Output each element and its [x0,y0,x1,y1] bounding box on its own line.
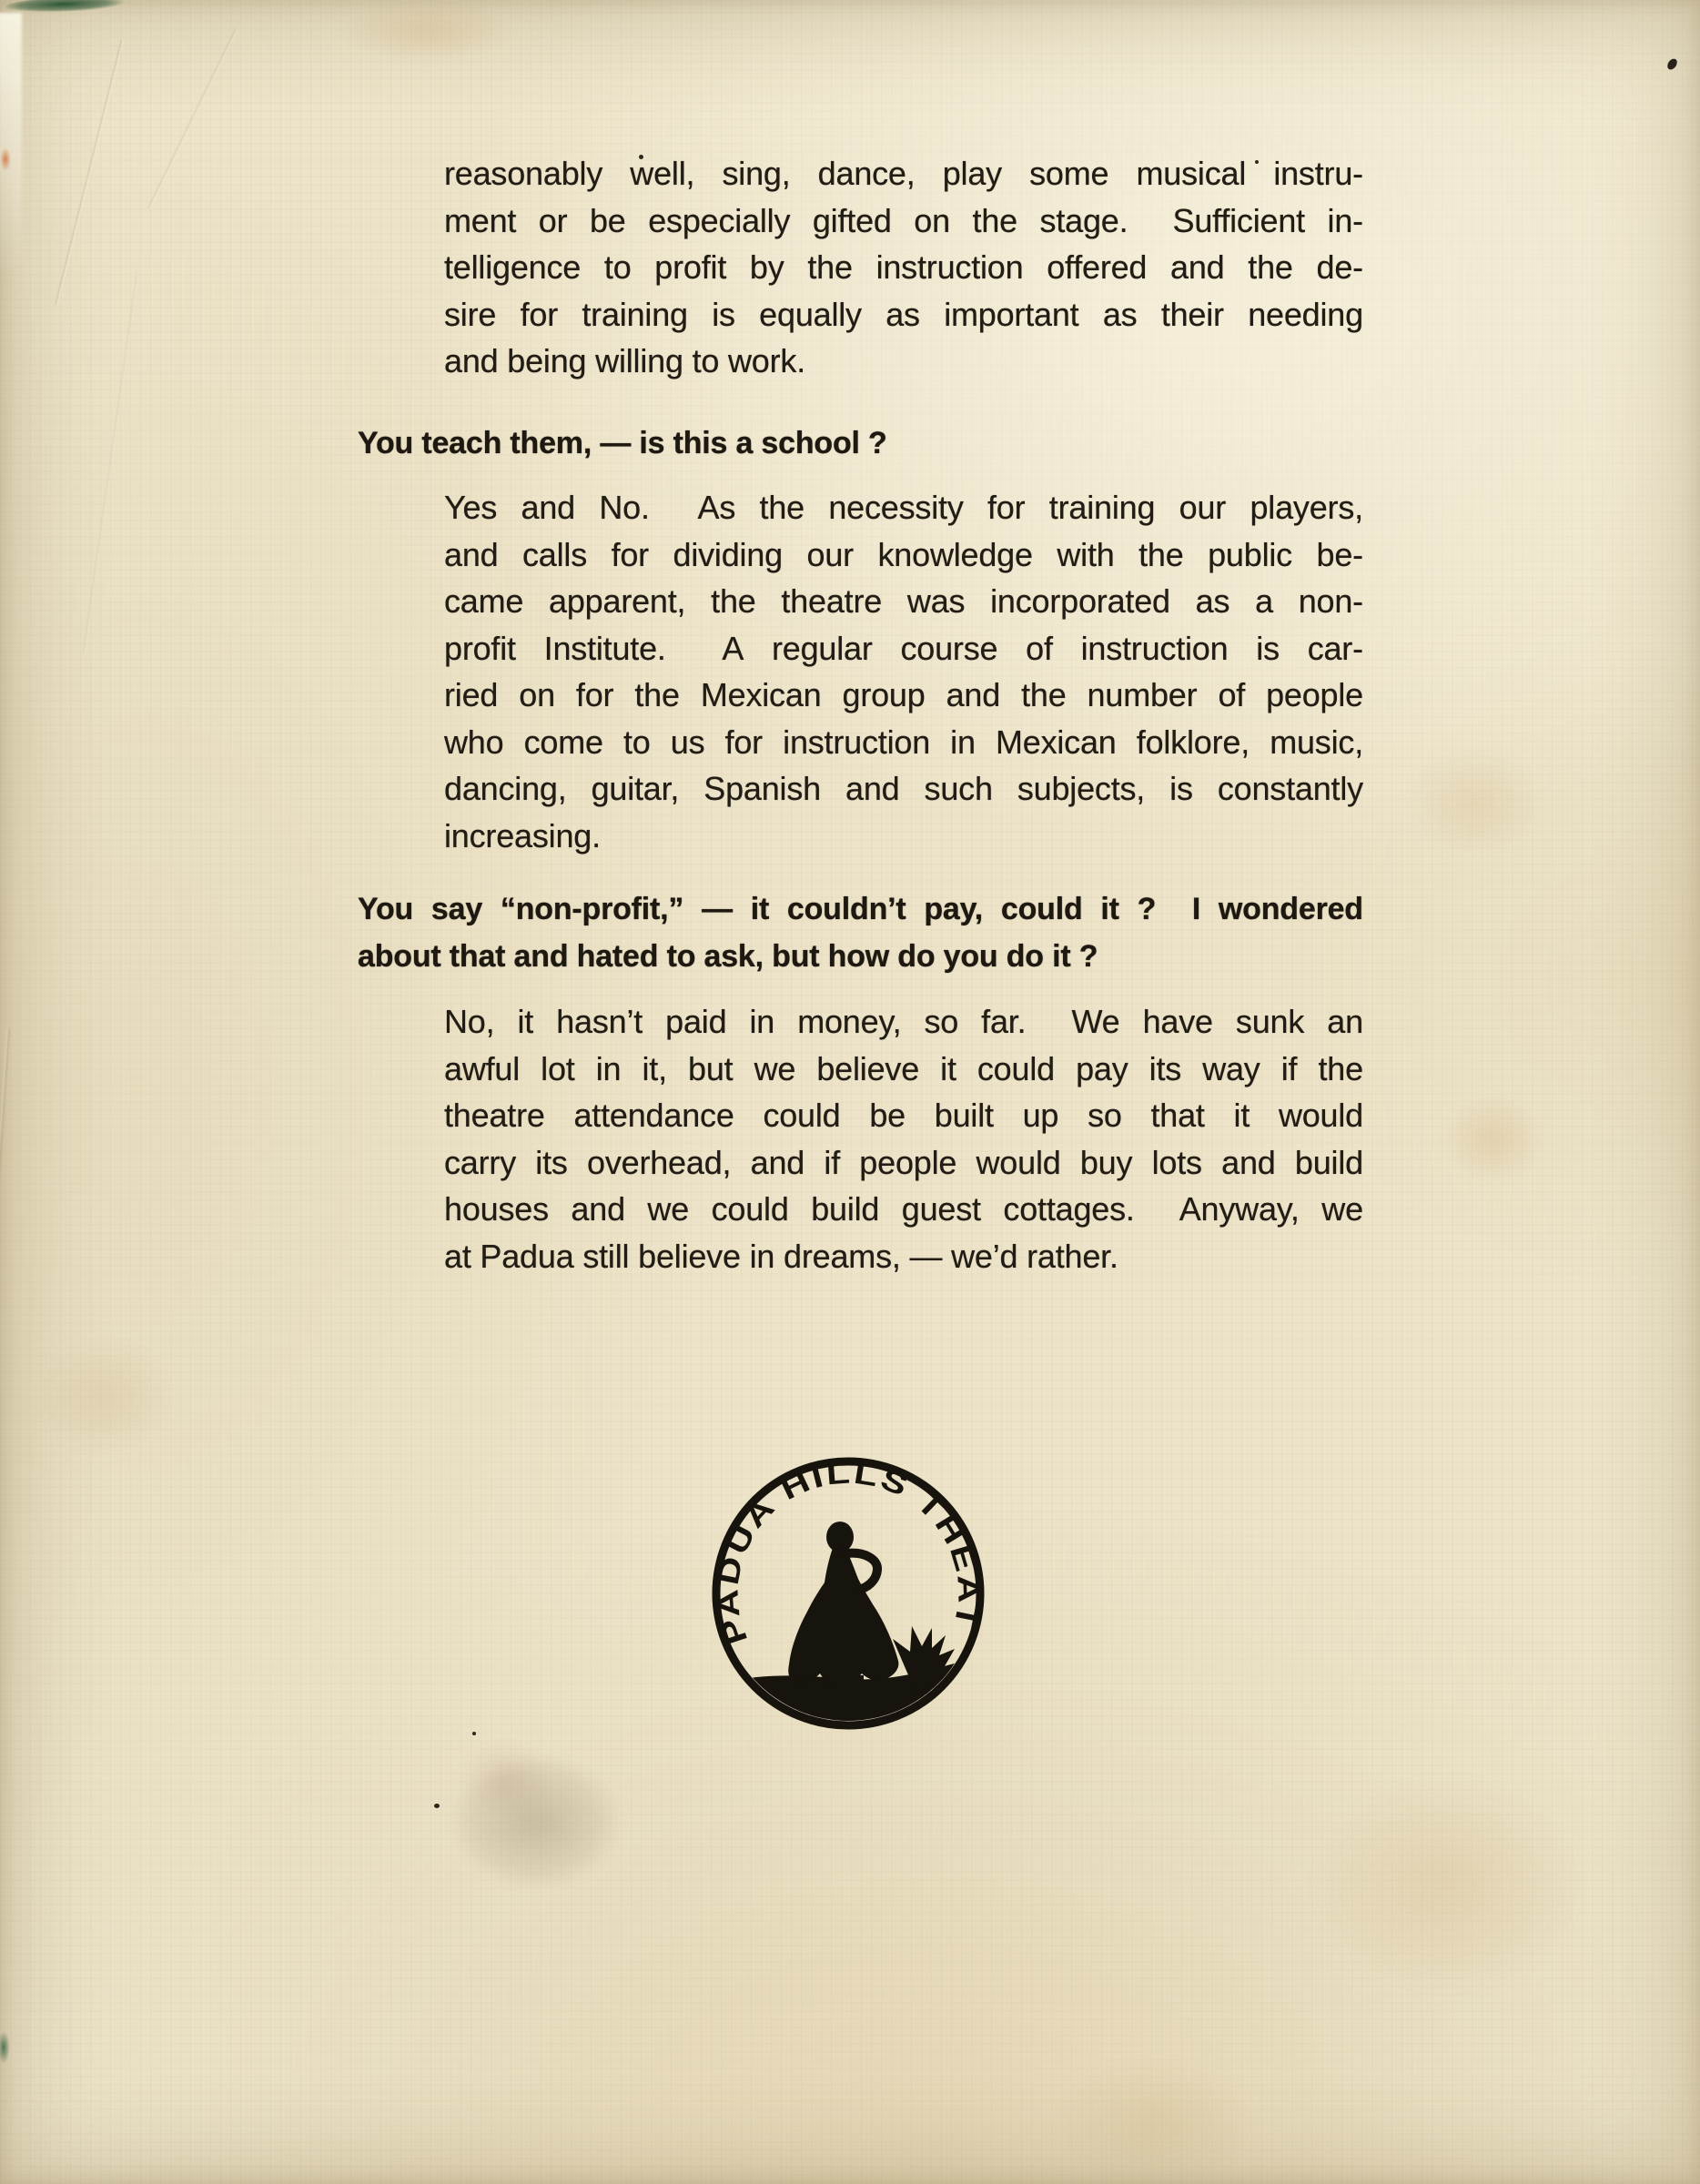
text-line: sirefortrainingisequallyasimportantasthe… [444,291,1363,339]
paper-stain [400,1711,701,1956]
question-text: You teach them, — is this a school ? [358,420,1363,468]
question-heading-1: You teach them, — is this a school ? [358,420,1363,468]
logo-svg: PADUA HILLS THEATRE [696,1446,1000,1750]
text-line: No,ithasn’tpaidinmoney,sofar.Wehavesunka… [444,998,1363,1046]
paragraph-1: reasonablywell,sing,dance,playsomemusica… [444,150,1363,385]
green-edge-speck [0,2031,10,2064]
text-line: carryitsoverhead,andifpeoplewouldbuylots… [444,1139,1363,1187]
text-line: awfullotinit,butwebelieveitcouldpayitswa… [444,1046,1363,1093]
paragraph-2: YesandNo.Asthenecessityfortrainingourpla… [444,484,1363,859]
green-edge-mark [5,0,152,17]
scanned-program-page: reasonablywell,sing,dance,playsomemusica… [0,0,1700,2184]
text-line: whocometousforinstructioninMexicanfolklo… [444,719,1363,766]
dancer-silhouette-icon [788,1522,898,1690]
rust-speck [0,147,11,171]
paper-crease [55,40,124,306]
text-line: reasonablywell,sing,dance,playsomemusica… [444,150,1363,197]
paper-stain [1406,746,1543,855]
text-line: at Padua still believe in dreams, — we’d… [444,1233,1363,1280]
question-text: Yousay“non-profit,”—itcouldn’tpay,couldi… [358,886,1363,934]
question-heading-2: Yousay“non-profit,”—itcouldn’tpay,couldi… [358,886,1363,980]
paper-crease [147,27,238,208]
worn-paper-edge [0,13,22,277]
paper-crease [83,275,138,653]
padua-hills-theatre-logo: PADUA HILLS THEATRE [696,1446,1000,1750]
text-line: housesandwecouldbuildguestcottages.Anywa… [444,1186,1363,1233]
text-line: mentorbeespeciallygiftedonthestage.Suffi… [444,197,1363,245]
text-line: cameapparent,thetheatrewasincorporatedas… [444,578,1363,625]
text-line: theatreattendancecouldbebuiltupsothatitw… [444,1092,1363,1139]
text-line: YesandNo.Asthenecessityfortrainingourpla… [444,484,1363,531]
text-line: increasing. [444,813,1363,860]
ink-speck [472,1732,476,1735]
paper-stain [1442,1097,1543,1183]
text-line: andcallsfordividingourknowledgewiththepu… [444,531,1363,579]
paper-stain [1056,2057,1256,2184]
ink-speck [434,1804,440,1808]
text-line: telligencetoprofitbytheinstructionoffere… [444,244,1363,291]
paragraph-3: No,ithasn’tpaidinmoney,sofar.Wehavesunka… [444,998,1363,1279]
paper-stain [346,0,510,64]
text-line: riedonfortheMexicangroupandthenumberofpe… [444,672,1363,719]
text-line: dancing,guitar,Spanishandsuchsubjects,is… [444,765,1363,813]
ink-speck [1665,57,1679,72]
paper-stain [36,1338,173,1456]
text-line: profitInstitute.Aregularcourseofinstruct… [444,625,1363,672]
text-line: and being willing to work. [444,338,1363,385]
question-text: about that and hated to ask, but how do … [358,934,1363,981]
paper-crease [0,1028,11,1183]
paper-stain [1310,1774,1584,1993]
